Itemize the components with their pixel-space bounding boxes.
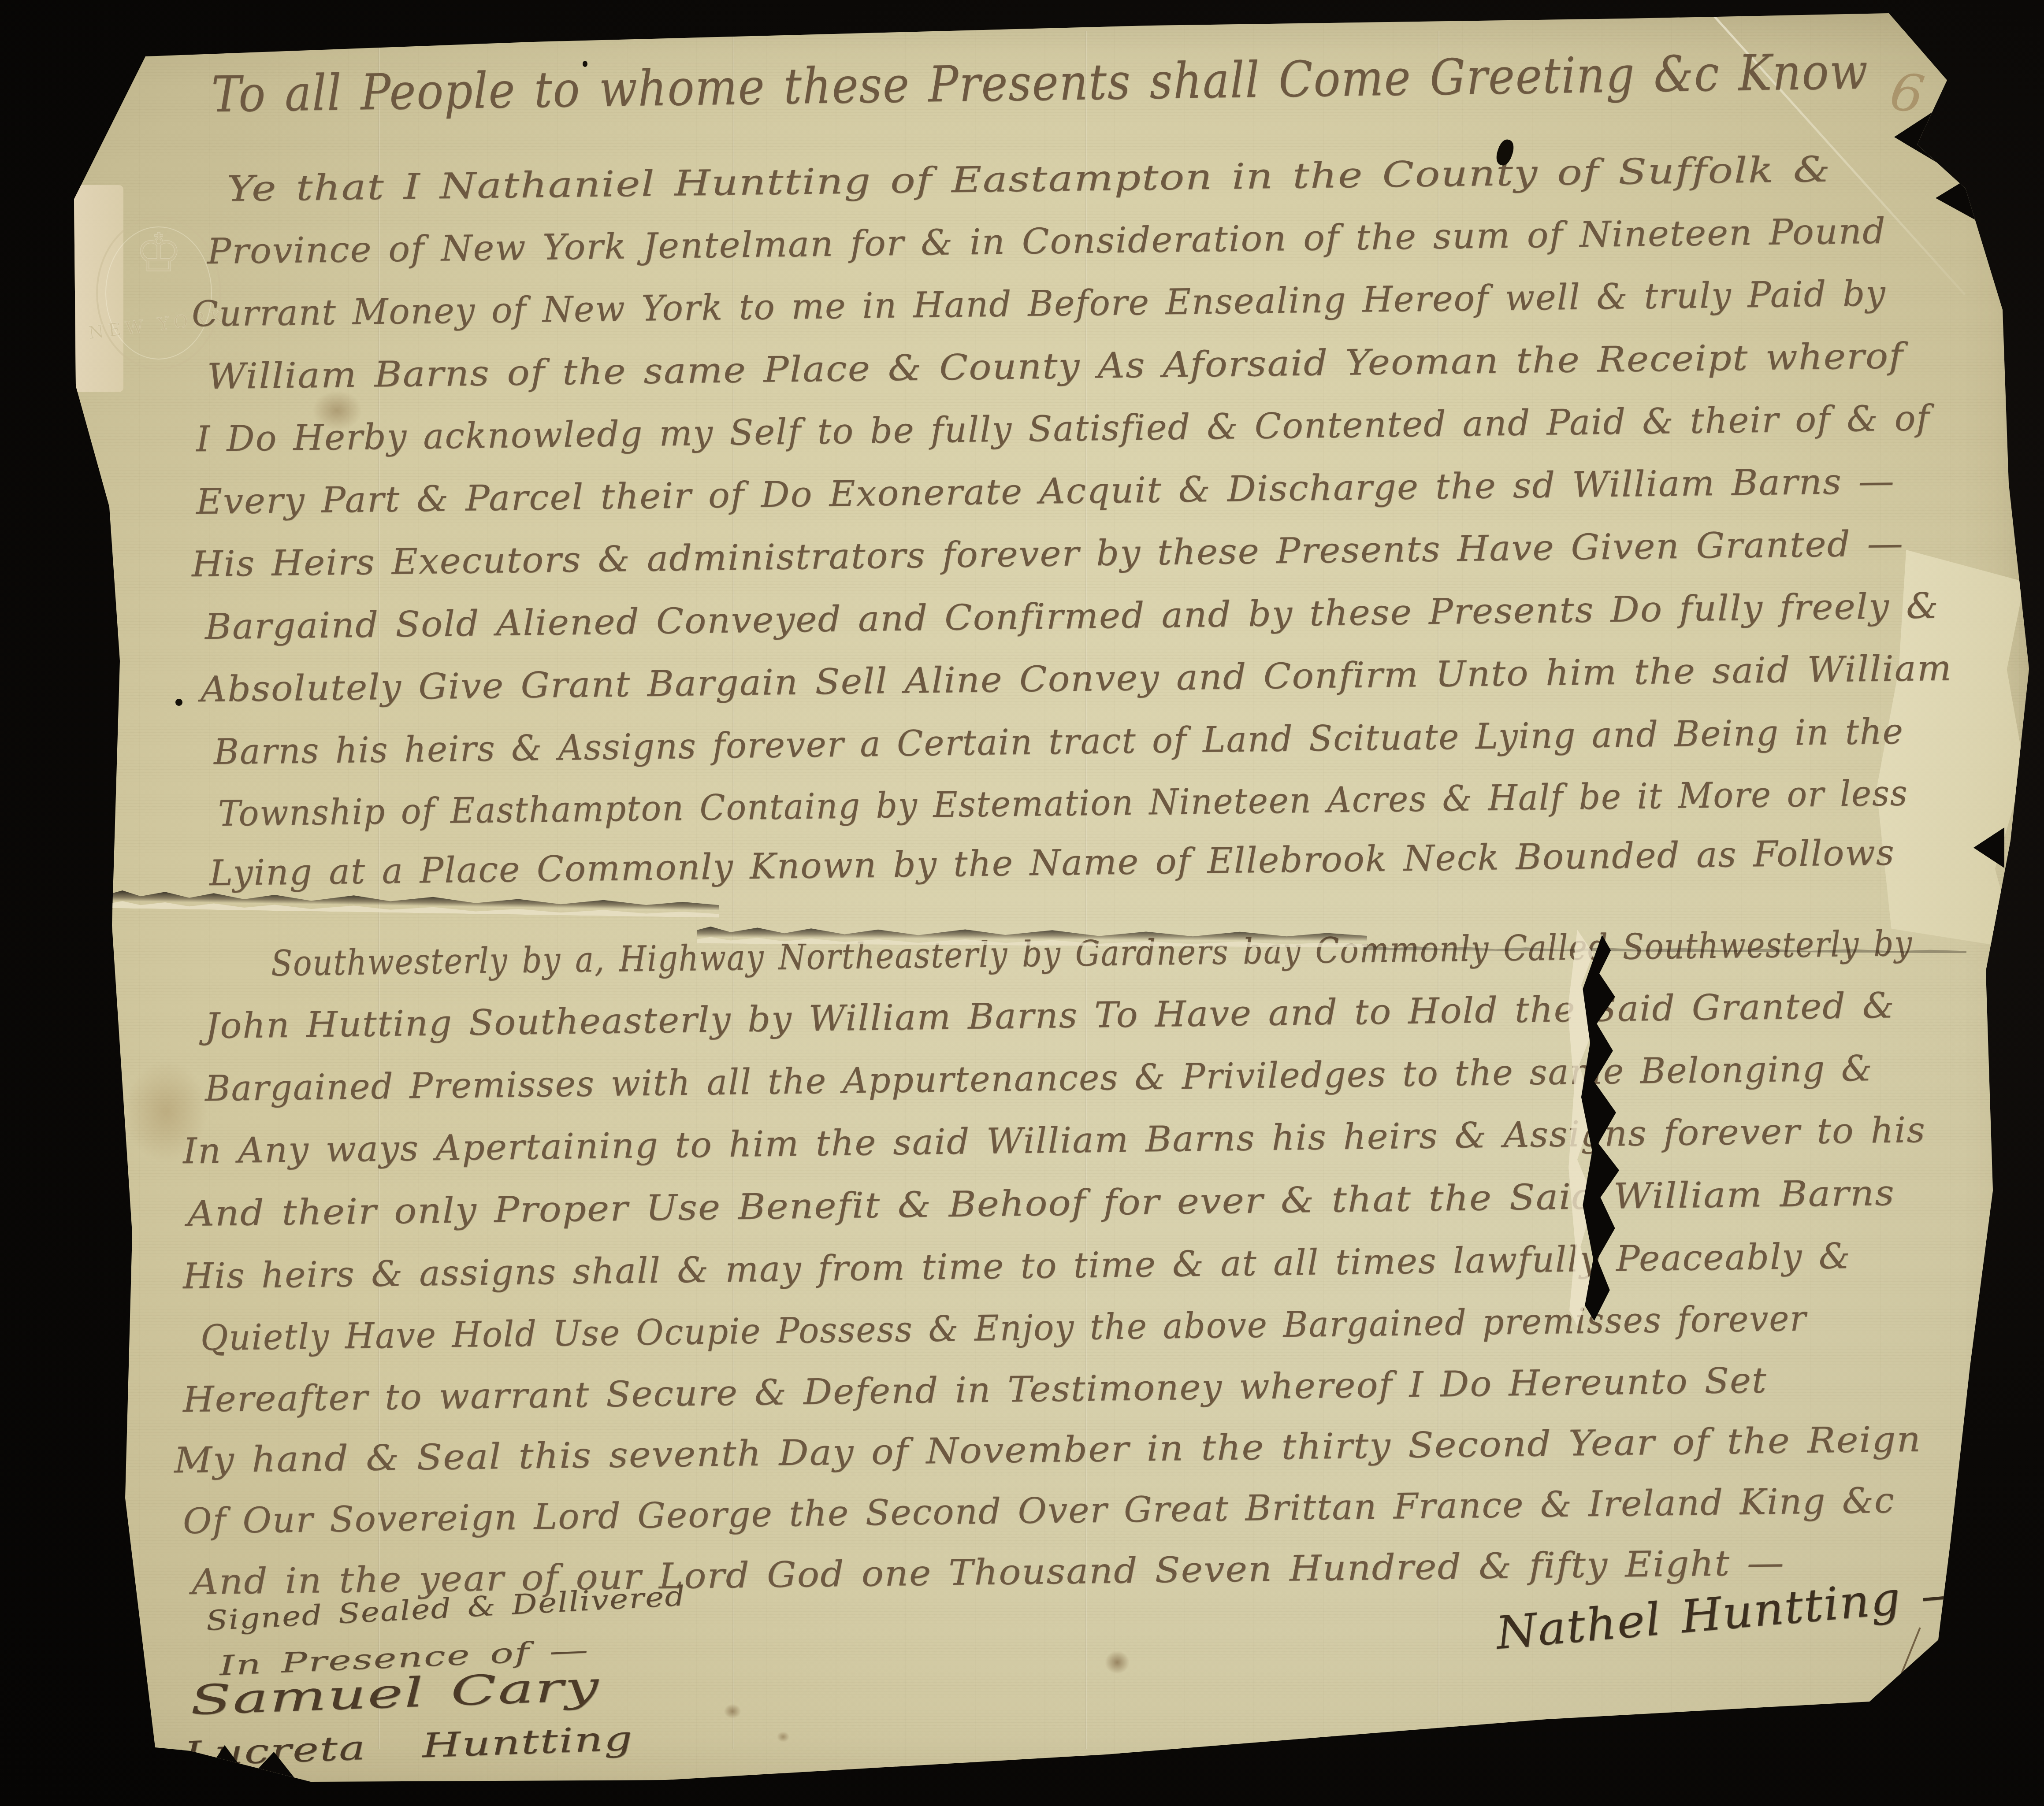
- ink-speck: [583, 61, 587, 67]
- stain: [721, 1702, 744, 1721]
- stain: [775, 1730, 792, 1744]
- scan-background: ♔ NEW YORK 6 To all People to whome thes…: [0, 0, 2044, 1806]
- stain: [1101, 1647, 1133, 1678]
- crown-icon: ♔: [135, 223, 182, 284]
- manuscript-paper: ♔ NEW YORK 6 To all People to whome thes…: [0, 0, 2044, 1806]
- ink-speck: [175, 699, 182, 706]
- embossed-seal: ♔ NEW YORK: [88, 198, 229, 379]
